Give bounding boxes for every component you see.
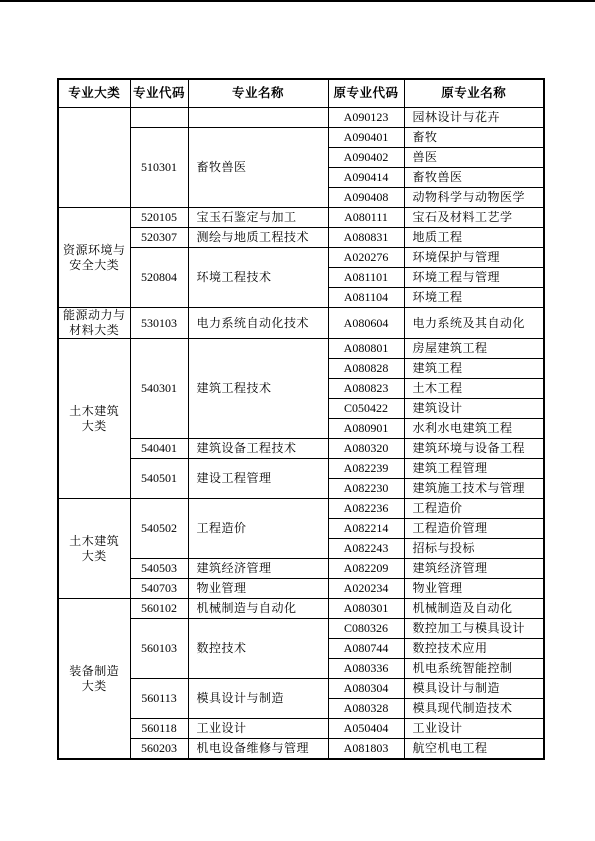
orig-name-cell: 环境工程与管理	[404, 268, 544, 288]
major-code-cell: 520307	[130, 228, 188, 248]
orig-name-cell: 建筑经济管理	[404, 559, 544, 579]
major-name-cell: 建筑设备工程技术	[188, 439, 328, 459]
major-name-cell: 模具设计与制造	[188, 679, 328, 719]
col-header-category: 专业大类	[58, 79, 130, 108]
orig-name-cell: 土木工程	[404, 379, 544, 399]
table-row: 土木建筑 大类 540502 工程造价 A082236 工程造价	[58, 499, 544, 519]
orig-name-cell: 宝石及材料工艺学	[404, 208, 544, 228]
orig-name-cell: 环境工程	[404, 288, 544, 308]
major-name-cell: 数控技术	[188, 619, 328, 679]
category-cell: 土木建筑 大类	[58, 499, 130, 599]
major-mapping-table: 专业大类 专业代码 专业名称 原专业代码 原专业名称 A090123 园林设计与…	[57, 78, 545, 760]
orig-name-cell: 航空机电工程	[404, 739, 544, 760]
table-row: 540503 建筑经济管理 A082209 建筑经济管理	[58, 559, 544, 579]
orig-code-cell: A020234	[328, 579, 404, 599]
orig-code-cell: A080801	[328, 339, 404, 359]
table-row: 540501 建设工程管理 A082239 建筑工程管理	[58, 459, 544, 479]
orig-code-cell: A090408	[328, 188, 404, 208]
orig-name-cell: 建筑施工技术与管理	[404, 479, 544, 499]
major-code-cell: 520105	[130, 208, 188, 228]
orig-name-cell: 数控技术应用	[404, 639, 544, 659]
col-header-major-name: 专业名称	[188, 79, 328, 108]
orig-code-cell: A090402	[328, 148, 404, 168]
orig-name-cell: 建筑工程管理	[404, 459, 544, 479]
orig-name-cell: 工业设计	[404, 719, 544, 739]
major-name-cell: 机电设备维修与管理	[188, 739, 328, 760]
orig-code-cell: A082209	[328, 559, 404, 579]
major-code-cell: 560203	[130, 739, 188, 760]
orig-code-cell: A080831	[328, 228, 404, 248]
orig-name-cell: 机械制造及自动化	[404, 599, 544, 619]
orig-code-cell: A082236	[328, 499, 404, 519]
major-name-cell: 建筑工程技术	[188, 339, 328, 439]
orig-name-cell: 建筑工程	[404, 359, 544, 379]
table-row: 540703 物业管理 A020234 物业管理	[58, 579, 544, 599]
orig-code-cell: A080901	[328, 419, 404, 439]
orig-code-cell: A081101	[328, 268, 404, 288]
orig-code-cell: C050422	[328, 399, 404, 419]
orig-name-cell: 工程造价	[404, 499, 544, 519]
major-code-cell: 560113	[130, 679, 188, 719]
orig-name-cell: 畜牧兽医	[404, 168, 544, 188]
major-code-cell: 540501	[130, 459, 188, 499]
table-row: 560103 数控技术 C080326 数控加工与模具设计	[58, 619, 544, 639]
orig-code-cell: A081803	[328, 739, 404, 760]
orig-name-cell: 建筑环境与设备工程	[404, 439, 544, 459]
orig-code-cell: A080336	[328, 659, 404, 679]
orig-code-cell: A090123	[328, 108, 404, 128]
page-top-edge-line	[0, 0, 595, 2]
major-code-cell: 530103	[130, 308, 188, 339]
orig-name-cell: 电力系统及其自动化	[404, 308, 544, 339]
orig-code-cell: A080320	[328, 439, 404, 459]
table-row: 装备制造 大类 560102 机械制造与自动化 A080301 机械制造及自动化	[58, 599, 544, 619]
orig-code-cell: A080744	[328, 639, 404, 659]
col-header-major-code: 专业代码	[130, 79, 188, 108]
major-code-cell: 540401	[130, 439, 188, 459]
major-name-cell: 测绘与地质工程技术	[188, 228, 328, 248]
major-name-cell: 机械制造与自动化	[188, 599, 328, 619]
orig-code-cell: A082243	[328, 539, 404, 559]
major-code-cell: 520804	[130, 248, 188, 308]
orig-code-cell: A081104	[328, 288, 404, 308]
major-code-cell	[130, 108, 188, 128]
orig-code-cell: A020276	[328, 248, 404, 268]
major-name-cell: 畜牧兽医	[188, 128, 328, 208]
major-name-cell: 物业管理	[188, 579, 328, 599]
table-row: 560118 工业设计 A050404 工业设计	[58, 719, 544, 739]
major-name-cell	[188, 108, 328, 128]
orig-name-cell: 水利水电建筑工程	[404, 419, 544, 439]
orig-code-cell: A080823	[328, 379, 404, 399]
major-code-cell: 560118	[130, 719, 188, 739]
category-cell: 资源环境与 安全大类	[58, 208, 130, 308]
col-header-orig-code: 原专业代码	[328, 79, 404, 108]
orig-code-cell: C080326	[328, 619, 404, 639]
orig-name-cell: 兽医	[404, 148, 544, 168]
col-header-orig-name: 原专业名称	[404, 79, 544, 108]
major-code-cell: 560103	[130, 619, 188, 679]
orig-code-cell: A090414	[328, 168, 404, 188]
orig-name-cell: 环境保护与管理	[404, 248, 544, 268]
table-row: 能源动力与 材料大类 530103 电力系统自动化技术 A080604 电力系统…	[58, 308, 544, 339]
major-name-cell: 工程造价	[188, 499, 328, 559]
table-row: A090123 园林设计与花卉	[58, 108, 544, 128]
orig-name-cell: 模具现代制造技术	[404, 699, 544, 719]
orig-name-cell: 畜牧	[404, 128, 544, 148]
table-row: 520804 环境工程技术 A020276 环境保护与管理	[58, 248, 544, 268]
orig-name-cell: 机电系统智能控制	[404, 659, 544, 679]
table-row: 560203 机电设备维修与管理 A081803 航空机电工程	[58, 739, 544, 760]
major-code-cell: 540502	[130, 499, 188, 559]
major-code-cell: 510301	[130, 128, 188, 208]
orig-name-cell: 招标与投标	[404, 539, 544, 559]
orig-name-cell: 工程造价管理	[404, 519, 544, 539]
category-cell: 土木建筑 大类	[58, 339, 130, 499]
orig-name-cell: 物业管理	[404, 579, 544, 599]
orig-code-cell: A080304	[328, 679, 404, 699]
orig-code-cell: A082239	[328, 459, 404, 479]
orig-code-cell: A082214	[328, 519, 404, 539]
orig-name-cell: 房屋建筑工程	[404, 339, 544, 359]
table-row: 560113 模具设计与制造 A080304 模具设计与制造	[58, 679, 544, 699]
major-name-cell: 宝玉石鉴定与加工	[188, 208, 328, 228]
major-name-cell: 环境工程技术	[188, 248, 328, 308]
table-row: 540401 建筑设备工程技术 A080320 建筑环境与设备工程	[58, 439, 544, 459]
orig-name-cell: 地质工程	[404, 228, 544, 248]
orig-code-cell: A080828	[328, 359, 404, 379]
orig-code-cell: A082230	[328, 479, 404, 499]
orig-code-cell: A080301	[328, 599, 404, 619]
orig-code-cell: A050404	[328, 719, 404, 739]
table-row: 520307 测绘与地质工程技术 A080831 地质工程	[58, 228, 544, 248]
major-code-cell: 560102	[130, 599, 188, 619]
table-row: 资源环境与 安全大类 520105 宝玉石鉴定与加工 A080111 宝石及材料…	[58, 208, 544, 228]
orig-name-cell: 园林设计与花卉	[404, 108, 544, 128]
orig-code-cell: A090401	[328, 128, 404, 148]
category-cell: 能源动力与 材料大类	[58, 308, 130, 339]
major-code-cell: 540503	[130, 559, 188, 579]
major-name-cell: 建设工程管理	[188, 459, 328, 499]
category-cell: 装备制造 大类	[58, 599, 130, 760]
major-name-cell: 建筑经济管理	[188, 559, 328, 579]
major-name-cell: 电力系统自动化技术	[188, 308, 328, 339]
major-name-cell: 工业设计	[188, 719, 328, 739]
category-cell	[58, 108, 130, 208]
orig-name-cell: 模具设计与制造	[404, 679, 544, 699]
orig-code-cell: A080328	[328, 699, 404, 719]
header-row: 专业大类 专业代码 专业名称 原专业代码 原专业名称	[58, 79, 544, 108]
orig-name-cell: 建筑设计	[404, 399, 544, 419]
major-code-cell: 540703	[130, 579, 188, 599]
orig-name-cell: 数控加工与模具设计	[404, 619, 544, 639]
orig-name-cell: 动物科学与动物医学	[404, 188, 544, 208]
orig-code-cell: A080604	[328, 308, 404, 339]
table-row: 510301 畜牧兽医 A090401 畜牧	[58, 128, 544, 148]
orig-code-cell: A080111	[328, 208, 404, 228]
major-code-cell: 540301	[130, 339, 188, 439]
table-row: 土木建筑 大类 540301 建筑工程技术 A080801 房屋建筑工程	[58, 339, 544, 359]
